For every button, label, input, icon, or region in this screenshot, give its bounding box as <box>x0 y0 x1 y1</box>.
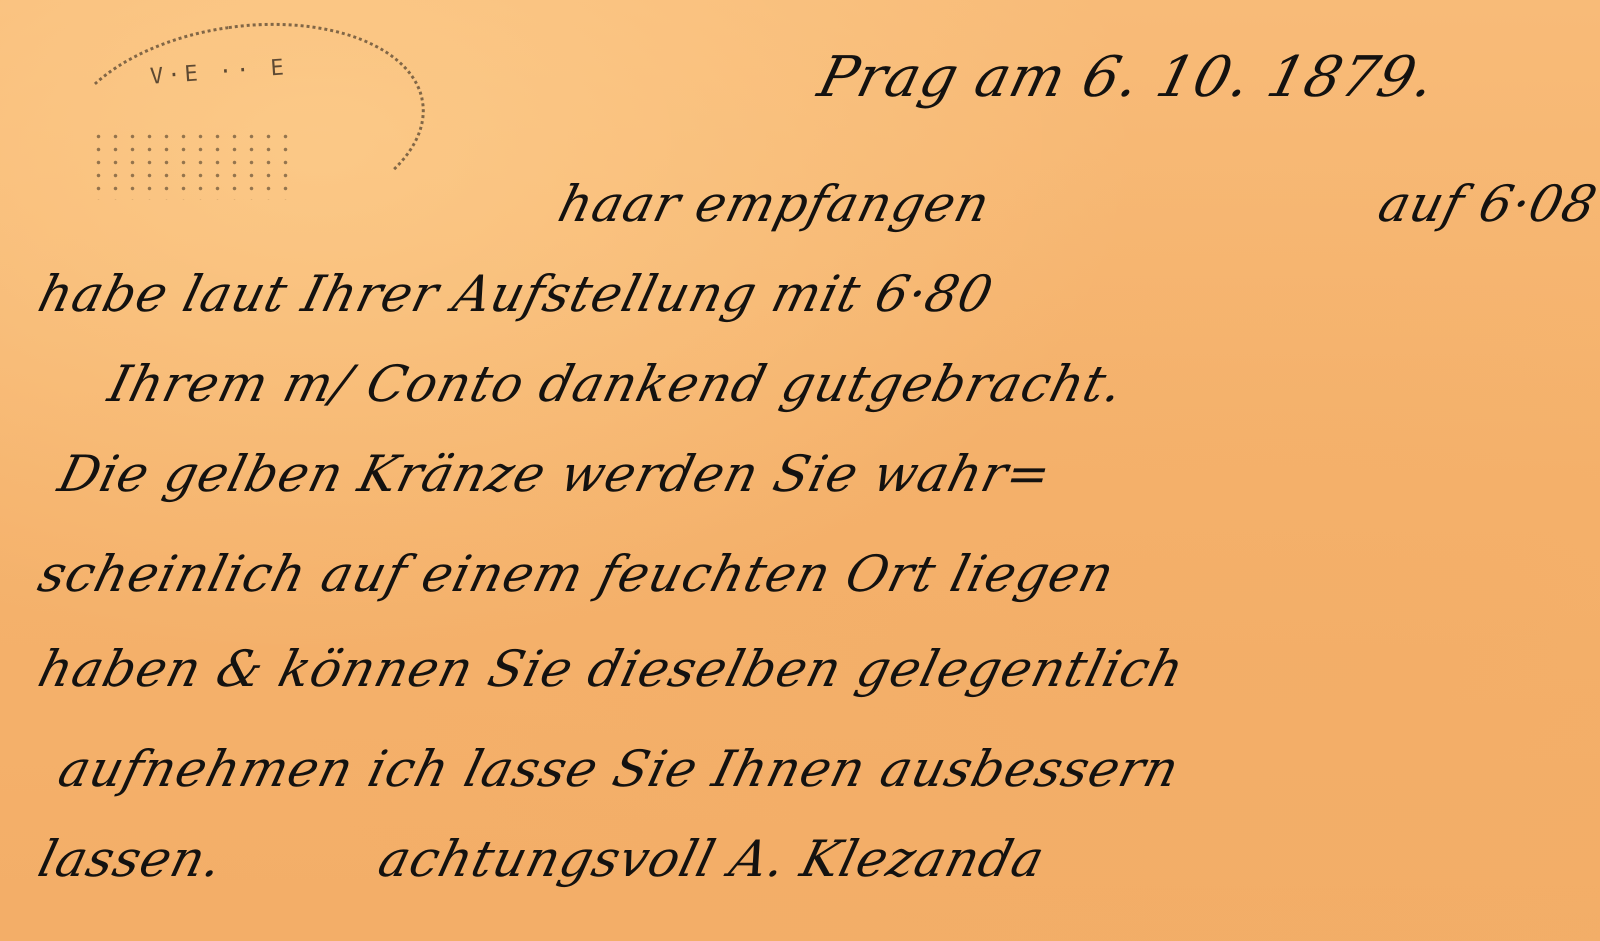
postcard: V·E ·· E Prag am 6. 10. 1879. haar empfa… <box>0 0 1600 941</box>
place-date: Prag am 6. 10. 1879. <box>812 45 1442 110</box>
signature: achtungsvoll A. Klezanda <box>373 830 1051 888</box>
body-line-1: haar empfangen <box>553 175 996 233</box>
body-line-6: haben & können Sie dieselben gelegentlic… <box>33 640 1191 698</box>
postmark-ink-speckle <box>90 130 290 200</box>
body-line-8: lassen. <box>33 830 229 888</box>
body-line-5: scheinlich auf einem feuchten Ort liegen <box>33 545 1121 603</box>
body-line-4: Die gelben Kränze werden Sie wahr= <box>53 445 1058 503</box>
body-line-7: aufnehmen ich lasse Sie Ihnen ausbessern <box>53 740 1186 798</box>
margin-note-amount: auf 6·08 <box>1373 175 1600 233</box>
body-line-3: Ihrem m/ Conto dankend gutgebracht. <box>103 355 1130 413</box>
body-line-2: habe laut Ihrer Aufstellung mit 6·80 <box>33 265 999 323</box>
postmark-stamp <box>47 1 438 256</box>
